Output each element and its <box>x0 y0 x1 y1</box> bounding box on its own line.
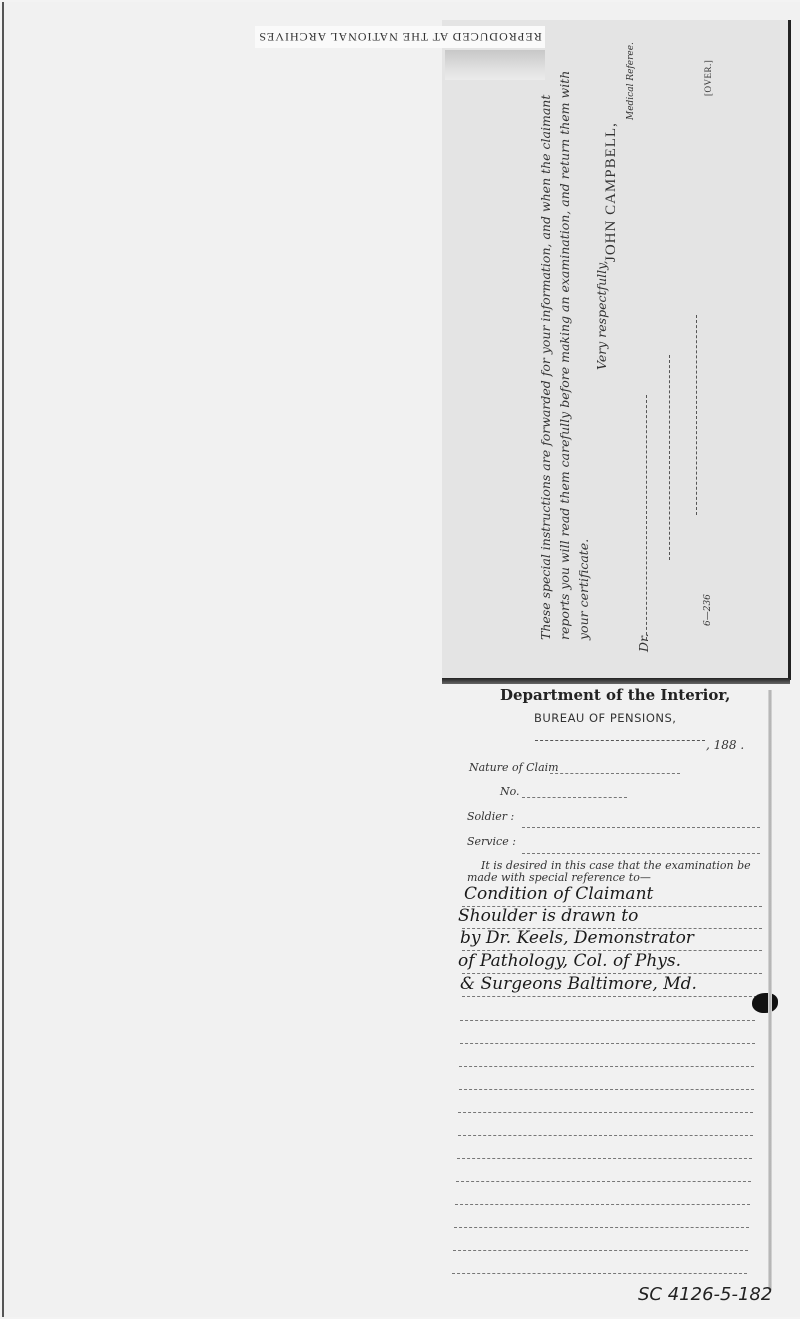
blank-line <box>452 1273 747 1274</box>
blank-line-3 <box>696 315 697 515</box>
catalog-number: SC 4126-5-182 <box>638 1284 772 1305</box>
instruction-flap <box>442 20 791 680</box>
instructions-line-3: your certificate. <box>576 539 591 640</box>
dr-label: Dr. <box>636 633 651 652</box>
department-title: Department of the Interior, <box>500 686 730 704</box>
blank-line <box>458 1112 753 1113</box>
handwritten-line-1: Condition of Claimant <box>464 884 653 904</box>
blank-line <box>459 1089 754 1090</box>
soldier-label: Soldier : <box>467 810 514 823</box>
blank-line <box>453 1250 748 1251</box>
soldier-field <box>522 827 760 828</box>
date-field <box>535 740 705 741</box>
desire-text: It is desired in this case that the exam… <box>467 860 767 884</box>
blank-line <box>460 1043 755 1044</box>
blank-line <box>460 1020 755 1021</box>
bureau-title: BUREAU OF PENSIONS, <box>534 711 676 725</box>
ink-blot <box>752 993 778 1013</box>
nature-of-claim-field <box>550 773 680 774</box>
blank-line <box>457 1158 752 1159</box>
number-field <box>522 797 627 798</box>
nature-of-claim-label: Nature of Claim <box>469 761 559 774</box>
blank-line <box>455 1204 750 1205</box>
number-label: No. <box>500 785 520 798</box>
handwritten-line-5: & Surgeons Baltimore, Md. <box>460 974 697 994</box>
blank-line <box>454 1227 749 1228</box>
service-label: Service : <box>467 835 516 848</box>
form-number: 6—236 <box>703 594 713 626</box>
blank-line <box>458 1135 753 1136</box>
fold-line <box>442 678 790 684</box>
closing-text: Very respectfully, <box>594 260 609 370</box>
handwritten-line-2: Shoulder is drawn to <box>458 906 638 926</box>
archives-stamp: REPRODUCED AT THE NATIONAL ARCHIVES <box>255 26 545 48</box>
signer-title: Medical Referee. <box>626 42 636 120</box>
blank-line-2 <box>669 355 670 560</box>
smudge <box>445 50 545 80</box>
blank-line <box>459 1066 754 1067</box>
date-year: , 188 . <box>706 738 744 752</box>
over-label: [OVER.] <box>703 60 713 96</box>
service-field <box>522 853 760 854</box>
blank-line <box>456 1181 751 1182</box>
handwritten-line-3: by Dr. Keels, Demonstrator <box>460 928 694 948</box>
hand-line-5 <box>462 996 762 997</box>
signer-name: JOHN CAMPBELL, <box>603 122 620 262</box>
handwritten-line-4: of Pathology, Col. of Phys. <box>458 951 681 971</box>
dr-signature-line <box>646 395 647 640</box>
instructions-line-1: These special instructions are forwarded… <box>538 95 553 640</box>
instructions-line-2: reports you will read them carefully bef… <box>557 71 572 640</box>
page-edge <box>768 690 772 1290</box>
